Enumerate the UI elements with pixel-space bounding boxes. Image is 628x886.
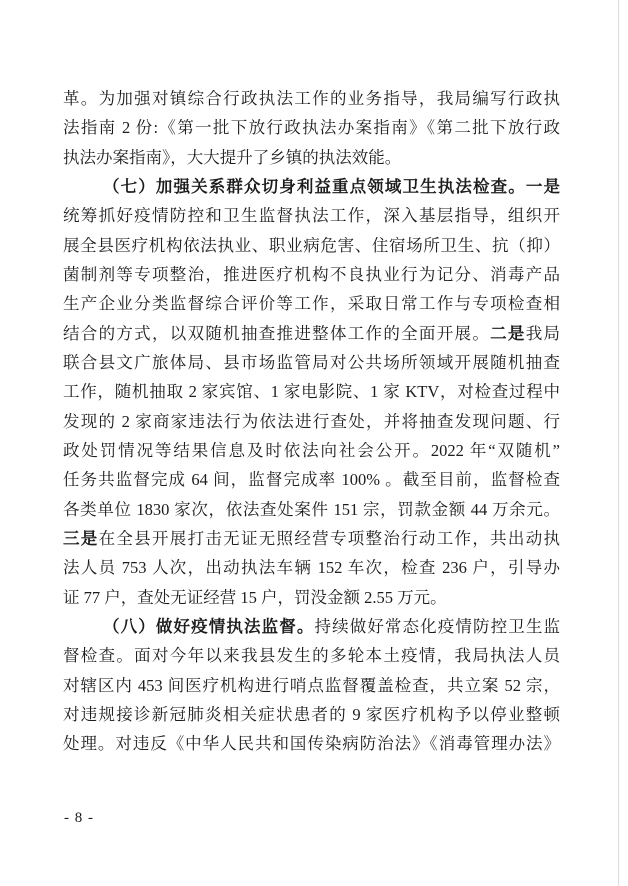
bold-text-segment: 三是 [63,529,99,548]
bold-text-segment: （八）做好疫情执法监督。 [103,617,314,636]
text-segment: 处理。对违反《中华人民共和国传染病防治法》《消毒管理办法》 [63,734,560,753]
text-segment: 生产企业分类监督综合评价等工作，采取日常工作与专项检查相 [63,294,560,313]
text-segment: 革。为加强对镇综合行政执法工作的业务指导，我局编写行政执 [63,89,560,108]
text-line: 法指南 2 份:《第一批下放行政执法办案指南》《第二批下放行政 [63,113,560,142]
text-segment: 发现的 2 家商家违法行为依法进行查处，并将抽查发现问题、行 [63,412,560,431]
text-segment: 各类单位 1830 家次，依法查处案件 151 宗，罚款金额 44 万余元。 [63,500,560,519]
text-segment: 证 77 户，查处无证经营 15 户，罚没金额 2.55 万元。 [63,588,447,607]
text-segment: 对违规接诊新冠肺炎相关症状患者的 9 家医疗机构予以停业整顿 [63,705,560,724]
text-segment: 展全县医疗机构依法执业、职业病危害、住宿场所卫生、抗（抑） [63,236,560,255]
text-line: 法人员 753 人次，出动执法车辆 152 车次，检查 236 户，引导办 [63,553,560,582]
page-edge-line [618,0,619,886]
text-segment: 统筹抓好疫情防控和卫生监督执法工作，深入基层指导，组织开 [63,206,560,225]
text-segment: 工作，随机抽取 2 家宾馆、1 家电影院、1 家 KTV，对检查过程中 [63,382,560,401]
text-line: 工作，随机抽取 2 家宾馆、1 家电影院、1 家 KTV，对检查过程中 [63,377,560,406]
text-line: 督检查。面对今年以来我县发生的多轮本土疫情，我局执法人员 [63,641,560,670]
text-line: 各类单位 1830 家次，依法查处案件 151 宗，罚款金额 44 万余元。 [63,495,560,524]
text-segment: 持续做好常态化疫情防控卫生监 [314,617,560,636]
text-segment: 我局 [526,324,560,343]
text-segment: 执法办案指南》，大大提升了乡镇的执法效能。 [63,148,401,167]
text-line: 统筹抓好疫情防控和卫生监督执法工作，深入基层指导，组织开 [63,201,560,230]
document-page: 革。为加强对镇综合行政执法工作的业务指导，我局编写行政执法指南 2 份:《第一批… [0,0,628,886]
page-number: - 8 - [64,808,94,828]
text-segment: 菌制剂等专项整治，推进医疗机构不良执业行为记分、消毒产品 [63,265,560,284]
text-line: 菌制剂等专项整治，推进医疗机构不良执业行为记分、消毒产品 [63,260,560,289]
text-line: 联合县文广旅体局、县市场监管局对公共场所领域开展随机抽查 [63,348,560,377]
text-line: 展全县医疗机构依法执业、职业病危害、住宿场所卫生、抗（抑） [63,231,560,260]
text-line: 结合的方式，以双随机抽查推进整体工作的全面开展。二是我局 [63,319,560,348]
text-line: 执法办案指南》，大大提升了乡镇的执法效能。 [63,143,560,172]
text-segment: 对辖区内 453 间医疗机构进行哨点监督覆盖检查，共立案 52 宗， [63,676,560,695]
text-line: 对违规接诊新冠肺炎相关症状患者的 9 家医疗机构予以停业整顿 [63,700,560,729]
heading-line: （八）做好疫情执法监督。持续做好常态化疫情防控卫生监 [63,612,560,641]
text-segment: 法人员 753 人次，出动执法车辆 152 车次，检查 236 户，引导办 [63,558,560,577]
text-line: 政处罚情况等结果信息及时依法向社会公开。2022 年“双随机” [63,436,560,465]
text-segment: 联合县文广旅体局、县市场监管局对公共场所领域开展随机抽查 [63,353,560,372]
text-segment: 法指南 2 份:《第一批下放行政执法办案指南》《第二批下放行政 [63,118,560,137]
text-line: 证 77 户，查处无证经营 15 户，罚没金额 2.55 万元。 [63,583,560,612]
text-line: 三是在全县开展打击无证无照经营专项整治行动工作，共出动执 [63,524,560,553]
text-segment: 在全县开展打击无证无照经营专项整治行动工作，共出动执 [99,529,560,548]
text-line: 生产企业分类监督综合评价等工作，采取日常工作与专项检查相 [63,289,560,318]
text-line: 处理。对违反《中华人民共和国传染病防治法》《消毒管理办法》 [63,729,560,758]
bold-text-segment: 二是 [490,324,526,343]
text-segment: 任务共监督完成 64 间，监督完成率 100% 。截至目前，监督检查 [63,470,560,489]
text-line: 革。为加强对镇综合行政执法工作的业务指导，我局编写行政执 [63,84,560,113]
document-text: 革。为加强对镇综合行政执法工作的业务指导，我局编写行政执法指南 2 份:《第一批… [63,84,560,759]
text-line: 任务共监督完成 64 间，监督完成率 100% 。截至目前，监督检查 [63,465,560,494]
text-segment: 结合的方式，以双随机抽查推进整体工作的全面开展。 [63,324,490,343]
text-line: 发现的 2 家商家违法行为依法进行查处，并将抽查发现问题、行 [63,407,560,436]
text-segment: 政处罚情况等结果信息及时依法向社会公开。2022 年“双随机” [63,441,560,460]
text-line: 对辖区内 453 间医疗机构进行哨点监督覆盖检查，共立案 52 宗， [63,671,560,700]
heading-line: （七）加强关系群众切身利益重点领域卫生执法检查。一是 [63,172,560,201]
bold-text-segment: （七）加强关系群众切身利益重点领域卫生执法检查。一是 [103,177,560,196]
text-segment: 督检查。面对今年以来我县发生的多轮本土疫情，我局执法人员 [63,646,560,665]
